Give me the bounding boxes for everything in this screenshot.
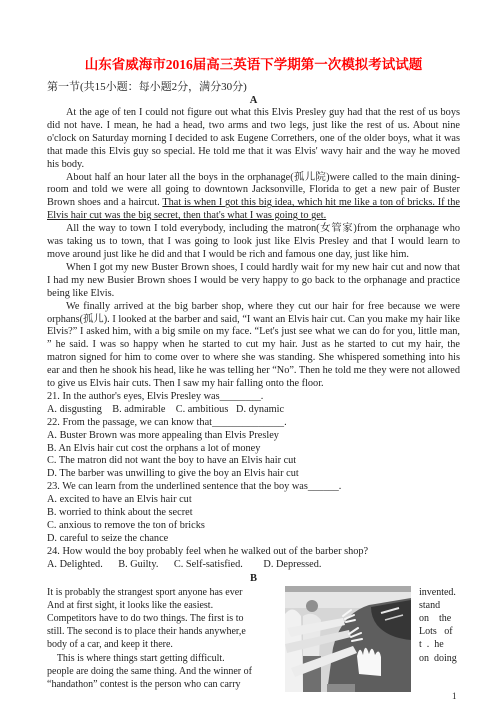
passage-b-wrap-4: on the [419, 612, 460, 625]
passage-b-line-5: body of a car, and keep it there. [47, 638, 281, 651]
passage-b-line-7: people are doing the same thing. And the… [47, 665, 281, 678]
passage-b-line-3: Competitors have to do two things. The f… [47, 612, 281, 625]
section-note: 第一节(共15小题：每小题2分，满分30分) [47, 80, 460, 94]
passage-b-wrap-8: on doing [419, 652, 460, 665]
question-23-option-a: A. excited to have an Elvis hair cut [47, 494, 460, 507]
passage-a-paragraph-1: At the age of ten I could not figure out… [47, 107, 460, 172]
page-title: 山东省威海市2016届高三英语下学期第一次模拟考试试题 [47, 56, 460, 73]
question-21-options: A. disgusting B. admirable C. ambitious … [47, 404, 460, 417]
passage-a-paragraph-5: We finally arrived at the big barber sho… [47, 301, 460, 391]
question-24-stem: 24. How would the boy probably feel when… [47, 546, 460, 559]
passage-b-line-6: This is where things start getting diffi… [47, 652, 281, 665]
question-23-option-d: D. careful to seize the chance [47, 533, 460, 546]
passage-b-wrap-7: t . he [419, 638, 460, 651]
page-number: 1 [452, 691, 457, 701]
question-22-option-d: D. The barber was unwilling to give the … [47, 468, 460, 481]
passage-b-wrap-1: invented. [419, 586, 460, 599]
passage-b-text-column: It is probably the strangest sport anyon… [47, 586, 281, 692]
passage-b-wrap-3: stand [419, 599, 460, 612]
passage-b-line-2: And at first sight, it looks like the ea… [47, 599, 281, 612]
question-23-stem: 23. We can learn from the underlined sen… [47, 481, 460, 494]
passage-b-wrap-column: invented. stand on the Lots of t . he on… [419, 586, 460, 665]
passage-b-line-1: It is probably the strangest sport anyon… [47, 586, 281, 599]
exam-page: 山东省威海市2016届高三英语下学期第一次模拟考试试题 第一节(共15小题：每小… [0, 0, 502, 711]
passage-b-line-4: still. The second is to place their hand… [47, 625, 281, 638]
passage-b-label: B [47, 572, 460, 585]
passage-a-label: A [47, 94, 460, 107]
passage-b: It is probably the strangest sport anyon… [47, 586, 460, 692]
passage-a-paragraph-3: All the way to town I told everybody, in… [47, 223, 460, 262]
question-21-stem: 21. In the author's eyes, Elvis Presley … [47, 391, 460, 404]
question-22-option-c: C. The matron did not want the boy to ha… [47, 455, 460, 468]
question-24-options: A. Delighted. B. Guilty. C. Self-satisfi… [47, 559, 460, 572]
passage-b-wrap-6: Lots of [419, 625, 460, 638]
handathon-photo [285, 586, 411, 692]
question-22-option-b: B. An Elvis hair cut cost the orphans a … [47, 443, 460, 456]
passage-a-paragraph-4: When I got my new Buster Brown shoes, I … [47, 262, 460, 301]
passage-b-line-8: “handathon” contest is the person who ca… [47, 678, 281, 691]
question-22-option-a: A. Buster Brown was more appealing than … [47, 430, 460, 443]
passage-a-paragraph-2: About half an hour later all the boys in… [47, 172, 460, 224]
question-23-option-b: B. worried to think about the secret [47, 507, 460, 520]
question-23-option-c: C. anxious to remove the ton of bricks [47, 520, 460, 533]
question-22-stem: 22. From the passage, we can know that__… [47, 417, 460, 430]
